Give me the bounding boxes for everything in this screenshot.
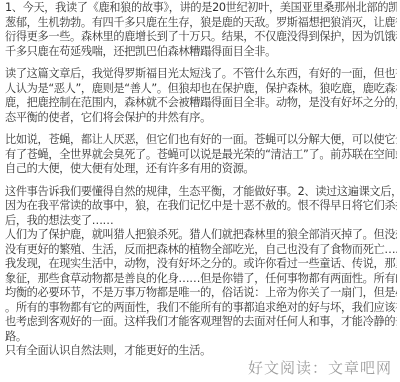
text-line: 我发现，在现实生活中，动物，没有好坏之分的。或许你看过一些童话、传说，那里的狼都… bbox=[5, 257, 397, 272]
paragraph-2: 读了这篇文章后，我觉得罗斯福目光太短浅了。不管什么东西，有好的一面，但也有坏的一… bbox=[5, 67, 397, 125]
text-line: 态平衡的使者，它们将会保护的井然有序。 bbox=[5, 111, 397, 126]
text-line: 这件事告诉我们要懂得自然的规律，生态平衡，才能做好事。2、读过这遍课文后，我感到… bbox=[5, 185, 397, 200]
text-line: 比如说，苍蝇，都让人厌恶，但它们也有好的一面。苍蝇可以分解大便，可以使它分解成肥… bbox=[5, 133, 397, 148]
text-line: 鹿，把鹿控制在范围内，森林就不会被糟蹋得面目全非。动物，是没有好坏之分的，所有动… bbox=[5, 96, 397, 111]
text-line: 人们为了保护鹿，就叫猎人把狼杀死。猎人们就把森林里的狼全部消灭掉了。但没想到的是… bbox=[5, 228, 397, 243]
paragraph-4: 这件事告诉我们要懂得自然的规律，生态平衡，才能做好事。2、读过这遍课文后，我感到… bbox=[5, 185, 397, 359]
text-line: 因为在我平常读的故事中，狼，在我们记忆中是十恶不赦的。恨不得早日将它们杀掉。但读… bbox=[5, 199, 397, 214]
paragraph-gap bbox=[5, 177, 397, 185]
text-line: 也考虑到客观好的一面。这样我们才能客观理智的去面对任何人和事，才能冷静的去决策自… bbox=[5, 315, 397, 330]
text-line: 没有更好的繁殖、生活，反而把森林的植物全部吃光，自己也没有了食物而死亡…… bbox=[5, 243, 397, 258]
text-line: 路。 bbox=[5, 330, 397, 345]
paragraph-gap bbox=[5, 125, 397, 133]
text-line: 象征，那些食草动物都是善良的化身……但是你错了，任何事物都有两面性。所有的动物都… bbox=[5, 272, 397, 287]
text-line: 后，我的想法变了…… bbox=[5, 214, 397, 229]
paragraph-1: 1、今天，我读了《鹿和狼的故事》，讲的是20世纪初叶，美国亚里桑那州北部的凯巴伯… bbox=[5, 1, 397, 59]
text-line: 均衡的必要环节，不是万事万物都是唯一的，俗话说：上帝为你关了一扇门，但是必定会给… bbox=[5, 286, 397, 301]
text-line: 自己的大便，使大便有处理，还有许多有用的资源。 bbox=[5, 162, 397, 177]
text-line: 读了这篇文章后，我觉得罗斯福目光太短浅了。不管什么东西，有好的一面，但也有坏的一… bbox=[5, 67, 397, 82]
text-line: 人认为是“恶人”，鹿则是“善人”。但狼却也在保护鹿，保护森林。狼吃鹿，鹿吃森林，… bbox=[5, 82, 397, 97]
article-body: 1、今天，我读了《鹿和狼的故事》，讲的是20世纪初叶，美国亚里桑那州北部的凯巴伯… bbox=[5, 1, 397, 359]
text-line: 千多只鹿在苟延残喘，还把凯巴伯森林糟蹋得面目全非。 bbox=[5, 45, 397, 60]
text-line: 有了苍蝇，全世界就会臭死了。苍蝇可以说是最光荣的“清洁工”了。前苏联在空间站用一… bbox=[5, 148, 397, 163]
text-line: 衍得更多一些。森林里的鹿增长到了十万只。结果，不仅鹿没得到保护，因为饥饿和疾病，… bbox=[5, 30, 397, 45]
text-line: 葱郁，生机勃勃。有四千多只鹿在生存，狼是鹿的天敌。罗斯福想把狼消灭，让鹿得到保护… bbox=[5, 16, 397, 31]
paragraph-gap bbox=[5, 59, 397, 67]
site-watermark: 好文阅读：文章吧网 bbox=[248, 357, 392, 378]
text-line: 1、今天，我读了《鹿和狼的故事》，讲的是20世纪初叶，美国亚里桑那州北部的凯巴伯… bbox=[5, 1, 397, 16]
paragraph-3: 比如说，苍蝇，都让人厌恶，但它们也有好的一面。苍蝇可以分解大便，可以使它分解成肥… bbox=[5, 133, 397, 177]
text-line: 。所有的事物都有它的两面性，我们不能所有的事都追求绝对的好与坏，我们应该在看到它… bbox=[5, 301, 397, 316]
